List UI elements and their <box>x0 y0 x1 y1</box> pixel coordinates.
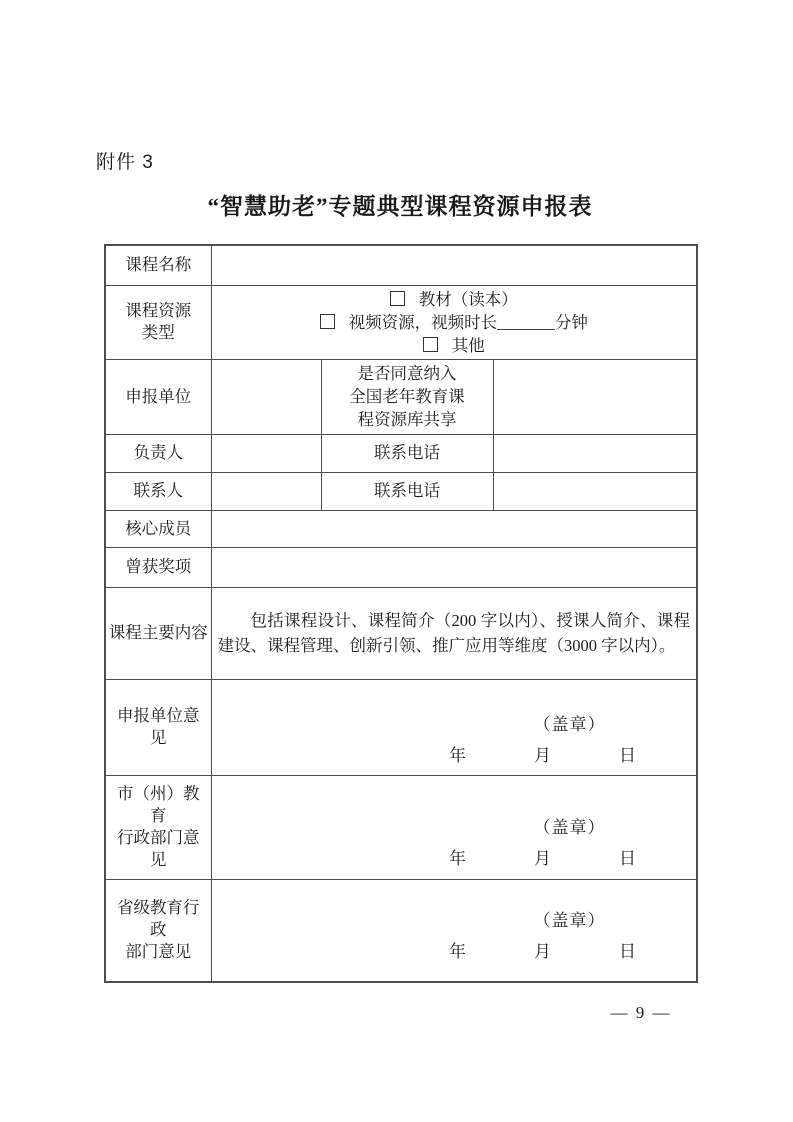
date-line: 年 月 日 <box>449 741 690 766</box>
date-day-label: 日 <box>619 937 636 962</box>
row-contact: 联系人 联系电话 <box>105 472 697 510</box>
date-year-label: 年 <box>449 844 466 869</box>
main-content-label: 课程主要内容 <box>105 587 211 679</box>
applicant-opinion-cell: （盖章） 年 月 日 <box>211 679 697 775</box>
date-year-label: 年 <box>449 741 466 766</box>
date-month-label: 月 <box>534 937 551 962</box>
share-question-line1: 是否同意纳入 <box>328 362 487 385</box>
option-video: 视频资源，视频时长_______分钟 <box>218 311 691 334</box>
core-members-value <box>211 510 697 547</box>
date-day-label: 日 <box>619 844 636 869</box>
leader-phone-value <box>493 434 697 472</box>
applicant-opinion-stamp-block: （盖章） 年 月 日 <box>449 710 690 766</box>
row-resource-type: 课程资源 类型 教材（读本） 视频资源，视频时长_______分钟 其他 <box>105 285 697 359</box>
row-core-members: 核心成员 <box>105 510 697 547</box>
option-video-prefix: 视频资源，视频时长 <box>349 313 498 332</box>
resource-type-options: 教材（读本） 视频资源，视频时长_______分钟 其他 <box>211 285 697 359</box>
stamp-label: （盖章） <box>449 906 690 931</box>
row-main-content: 课程主要内容 包括课程设计、课程简介（200 字以内）、授课人简介、课程建设、课… <box>105 587 697 679</box>
date-line: 年 月 日 <box>449 844 690 869</box>
row-applicant-opinion: 申报单位意见 （盖章） 年 月 日 <box>105 679 697 775</box>
province-opinion-stamp-block: （盖章） 年 月 日 <box>449 906 690 962</box>
stamp-label: （盖章） <box>449 813 690 838</box>
awards-label: 曾获奖项 <box>105 547 211 587</box>
row-province-opinion: 省级教育行政 部门意见 （盖章） 年 月 日 <box>105 879 697 982</box>
option-video-suffix: 分钟 <box>555 313 588 332</box>
page-title: “智慧助老”专题典型课程资源申报表 <box>104 188 696 221</box>
resource-type-label-line2: 类型 <box>112 322 205 344</box>
leader-label: 负责人 <box>105 434 211 472</box>
share-question-line2: 全国老年教育课 <box>328 385 487 408</box>
share-question-line3: 程资源库共享 <box>328 408 487 431</box>
share-question: 是否同意纳入 全国老年教育课 程资源库共享 <box>321 359 493 434</box>
option-textbook-label: 教材（读本） <box>419 290 518 309</box>
share-answer-value <box>493 359 697 434</box>
document-page: 附件 3 “智慧助老”专题典型课程资源申报表 课程名称 课程资源 类型 教材（读… <box>0 0 793 1122</box>
date-month-label: 月 <box>534 741 551 766</box>
resource-type-label-line1: 课程资源 <box>112 300 205 322</box>
awards-value <box>211 547 697 587</box>
date-year-label: 年 <box>449 937 466 962</box>
province-opinion-cell: （盖章） 年 月 日 <box>211 879 697 982</box>
leader-phone-label: 联系电话 <box>321 434 493 472</box>
province-opinion-label-line2: 部门意见 <box>112 941 205 963</box>
city-opinion-cell: （盖章） 年 月 日 <box>211 775 697 879</box>
row-leader: 负责人 联系电话 <box>105 434 697 472</box>
course-name-value <box>211 245 697 285</box>
city-opinion-label: 市（州）教育 行政部门意见 <box>105 775 211 879</box>
applicant-opinion-label: 申报单位意见 <box>105 679 211 775</box>
option-textbook: 教材（读本） <box>218 288 691 311</box>
row-applicant-unit: 申报单位 是否同意纳入 全国老年教育课 程资源库共享 <box>105 359 697 434</box>
date-month-label: 月 <box>534 844 551 869</box>
applicant-unit-value <box>211 359 321 434</box>
checkbox-icon <box>423 337 438 352</box>
date-day-label: 日 <box>619 741 636 766</box>
page-number: — 9 — <box>585 1003 697 1023</box>
resource-type-label: 课程资源 类型 <box>105 285 211 359</box>
province-opinion-label-line1: 省级教育行政 <box>112 897 205 941</box>
core-members-label: 核心成员 <box>105 510 211 547</box>
checkbox-icon <box>320 314 335 329</box>
row-city-opinion: 市（州）教育 行政部门意见 （盖章） 年 月 日 <box>105 775 697 879</box>
stamp-label: （盖章） <box>449 710 690 735</box>
main-content-description-cell: 包括课程设计、课程简介（200 字以内）、授课人简介、课程建设、课程管理、创新引… <box>211 587 697 679</box>
option-other-label: 其他 <box>452 336 485 355</box>
row-awards: 曾获奖项 <box>105 547 697 587</box>
city-opinion-label-line1: 市（州）教育 <box>112 783 205 827</box>
main-content-description: 包括课程设计、课程简介（200 字以内）、授课人简介、课程建设、课程管理、创新引… <box>218 608 691 658</box>
contact-phone-value <box>493 472 697 510</box>
checkbox-icon <box>390 291 405 306</box>
contact-value <box>211 472 321 510</box>
contact-label: 联系人 <box>105 472 211 510</box>
video-duration-blank: _______ <box>497 313 555 332</box>
leader-value <box>211 434 321 472</box>
city-opinion-label-line2: 行政部门意见 <box>112 827 205 871</box>
attachment-label: 附件 3 <box>96 147 154 174</box>
city-opinion-stamp-block: （盖章） 年 月 日 <box>449 813 690 869</box>
date-line: 年 月 日 <box>449 937 690 962</box>
course-name-label: 课程名称 <box>105 245 211 285</box>
row-course-name: 课程名称 <box>105 245 697 285</box>
option-other: 其他 <box>218 334 691 357</box>
application-form-table: 课程名称 课程资源 类型 教材（读本） 视频资源，视频时长_______分钟 其… <box>104 244 698 983</box>
applicant-unit-label: 申报单位 <box>105 359 211 434</box>
province-opinion-label: 省级教育行政 部门意见 <box>105 879 211 982</box>
contact-phone-label: 联系电话 <box>321 472 493 510</box>
